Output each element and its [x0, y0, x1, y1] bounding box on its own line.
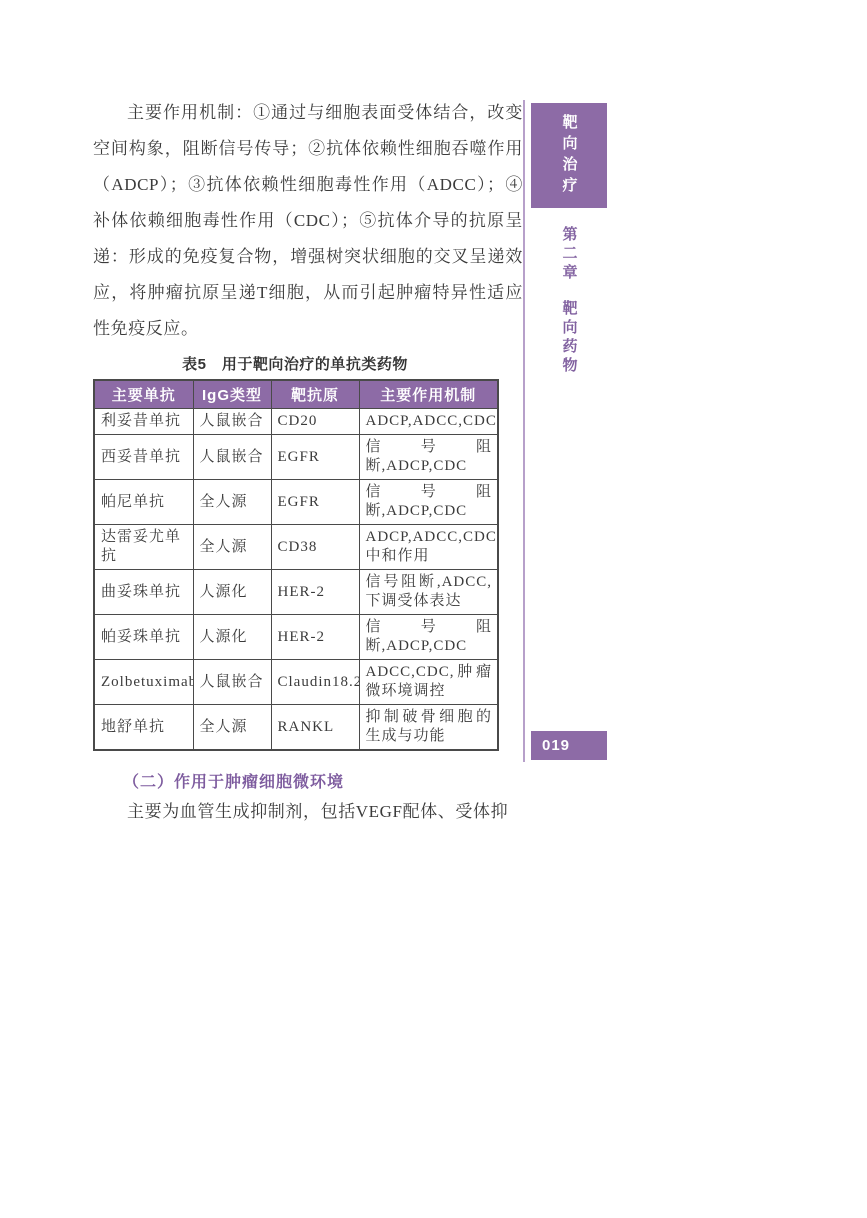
- table-title: 表5 用于靶向治疗的单抗类药物: [93, 353, 497, 374]
- section-heading: （二）作用于肿瘤细胞微环境: [123, 769, 523, 792]
- cell-antigen: Claudin18.2: [271, 660, 359, 705]
- cell-antigen: HER-2: [271, 570, 359, 615]
- table-row: Zolbetuximab 人鼠嵌合 Claudin18.2 ADCC,CDC,肿…: [94, 660, 498, 705]
- main-column: 主要作用机制：①通过与细胞表面受体结合，改变空间构象，阻断信号传导；②抗体依赖性…: [93, 95, 523, 830]
- cell-antigen: EGFR: [271, 435, 359, 480]
- cell-mechanism: 信号阻断,ADCP,CDC: [359, 480, 498, 525]
- table-row: 地舒单抗 全人源 RANKL 抑制破骨细胞的生成与功能: [94, 705, 498, 751]
- cell-igg: 全人源: [193, 705, 271, 751]
- cell-drug: Zolbetuximab: [94, 660, 193, 705]
- sidebar-divider-line: [523, 100, 525, 762]
- cell-mechanism: 信号阻断,ADCP,CDC: [359, 615, 498, 660]
- cell-igg: 人鼠嵌合: [193, 435, 271, 480]
- col-header-antigen: 靶抗原: [271, 380, 359, 409]
- cell-mechanism: ADCC,CDC,肿瘤微环境调控: [359, 660, 498, 705]
- cell-igg: 人源化: [193, 615, 271, 660]
- cell-igg: 人鼠嵌合: [193, 660, 271, 705]
- table-row: 帕尼单抗 全人源 EGFR 信号阻断,ADCP,CDC: [94, 480, 498, 525]
- cell-drug: 西妥昔单抗: [94, 435, 193, 480]
- cell-antigen: CD20: [271, 409, 359, 435]
- table-row: 利妥昔单抗 人鼠嵌合 CD20 ADCP,ADCC,CDC: [94, 409, 498, 435]
- cell-drug: 达雷妥尤单抗: [94, 525, 193, 570]
- cell-mechanism: ADCP,ADCC,CDC: [359, 409, 498, 435]
- paragraph-mechanisms: 主要作用机制：①通过与细胞表面受体结合，改变空间构象，阻断信号传导；②抗体依赖性…: [93, 95, 523, 347]
- table-header-row: 主要单抗 IgG类型 靶抗原 主要作用机制: [94, 380, 498, 409]
- cell-drug: 利妥昔单抗: [94, 409, 193, 435]
- cell-antigen: HER-2: [271, 615, 359, 660]
- col-header-igg-type: IgG类型: [193, 380, 271, 409]
- cell-drug: 地舒单抗: [94, 705, 193, 751]
- cell-mechanism: 抑制破骨细胞的生成与功能: [359, 705, 498, 751]
- table-row: 曲妥珠单抗 人源化 HER-2 信号阻断,ADCC,下调受体表达: [94, 570, 498, 615]
- cell-igg: 全人源: [193, 525, 271, 570]
- chapter-title: 靶向药物: [559, 300, 580, 376]
- cell-antigen: CD38: [271, 525, 359, 570]
- paragraph-angiogenesis: 主要为血管生成抑制剂，包括VEGF配体、受体抑: [93, 794, 523, 830]
- section-tab-targeted-therapy: 靶向治疗: [531, 103, 607, 208]
- table-row: 帕妥珠单抗 人源化 HER-2 信号阻断,ADCP,CDC: [94, 615, 498, 660]
- document-page: 主要作用机制：①通过与细胞表面受体结合，改变空间构象，阻断信号传导；②抗体依赖性…: [0, 0, 867, 1218]
- cell-mechanism: ADCP,ADCC,CDC,中和作用: [359, 525, 498, 570]
- cell-antigen: EGFR: [271, 480, 359, 525]
- cell-mechanism: 信号阻断,ADCC,下调受体表达: [359, 570, 498, 615]
- table-row: 达雷妥尤单抗 全人源 CD38 ADCP,ADCC,CDC,中和作用: [94, 525, 498, 570]
- cell-drug: 帕尼单抗: [94, 480, 193, 525]
- page-number-badge: 019: [531, 731, 607, 760]
- cell-antigen: RANKL: [271, 705, 359, 751]
- col-header-mechanism: 主要作用机制: [359, 380, 498, 409]
- chapter-label: 第二章 靶向药物: [531, 226, 607, 376]
- cell-drug: 曲妥珠单抗: [94, 570, 193, 615]
- cell-igg: 全人源: [193, 480, 271, 525]
- table-row: 西妥昔单抗 人鼠嵌合 EGFR 信号阻断,ADCP,CDC: [94, 435, 498, 480]
- monoclonal-antibody-table: 主要单抗 IgG类型 靶抗原 主要作用机制 利妥昔单抗 人鼠嵌合 CD20 AD…: [93, 379, 499, 751]
- cell-igg: 人源化: [193, 570, 271, 615]
- cell-mechanism: 信号阻断,ADCP,CDC: [359, 435, 498, 480]
- cell-igg: 人鼠嵌合: [193, 409, 271, 435]
- cell-drug: 帕妥珠单抗: [94, 615, 193, 660]
- chapter-number: 第二章: [559, 226, 580, 283]
- col-header-drug: 主要单抗: [94, 380, 193, 409]
- section-tab-label: 靶向治疗: [559, 114, 580, 198]
